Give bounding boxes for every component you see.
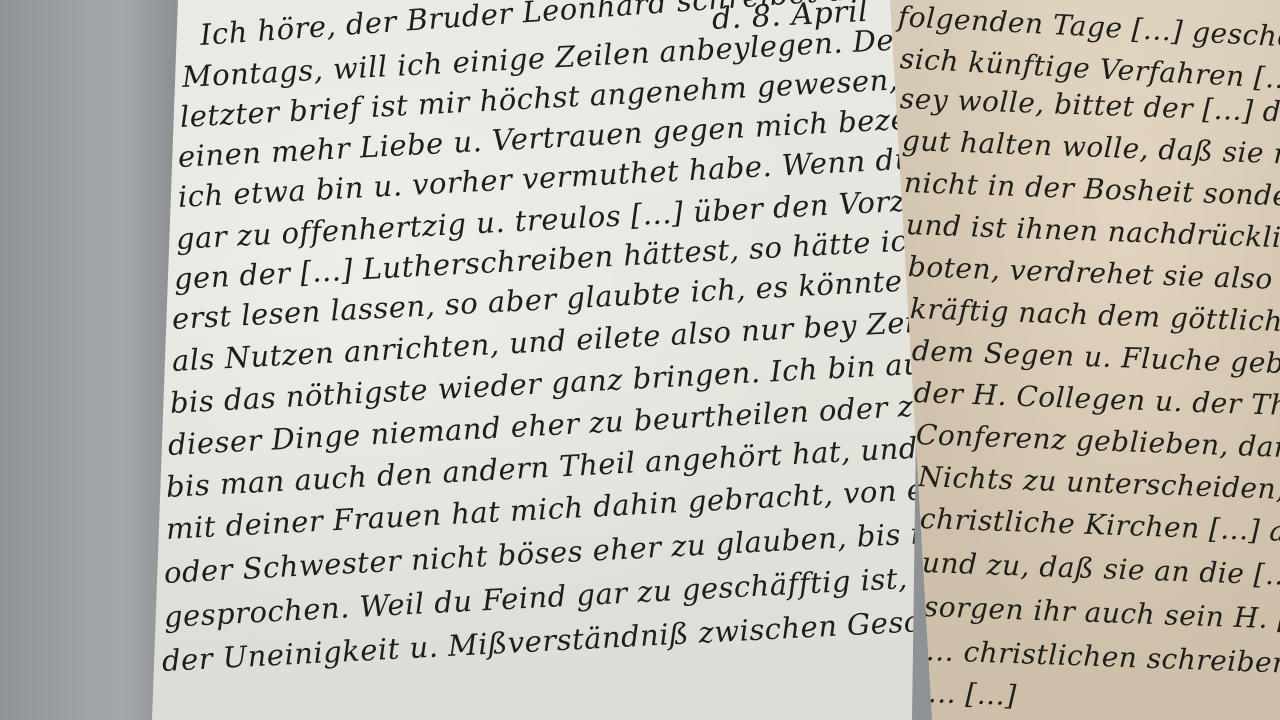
handwritten-line: ... [...] <box>927 676 1017 712</box>
handwritten-line: Nichts zu unterscheiden, welches <box>917 460 1280 510</box>
letter-page-left: d. 8. April Ich höre, der Bruder Leonhar… <box>152 0 922 720</box>
handwritten-line: nicht in der Bosheit sondern nur <box>903 166 1280 216</box>
handwritten-line: boten, verdrehet sie also nicht <box>907 250 1280 299</box>
handwritten-line: und zu, daß sie an die [...] bey <box>921 546 1280 594</box>
handwritten-line: ... christlichen schreiben der <box>925 634 1280 682</box>
handwritten-line: gut halten wolle, daß sie nicht <box>901 124 1280 173</box>
handwritten-line: Conferenz geblieben, darüber <box>915 418 1280 466</box>
handwritten-line: dem Segen u. Fluche gebietet <box>911 334 1280 382</box>
handwritten-line: der H. Collegen u. der Theologen <box>913 376 1280 426</box>
handwritten-line: christliche Kirchen [...] abzusetzen <box>919 502 1280 553</box>
background-wall <box>0 0 175 720</box>
letter-page-right: folgenden Tage [...] geschehen sich künf… <box>890 0 1280 720</box>
handwritten-line: sorgen ihr auch sein H. [...] <box>923 590 1280 637</box>
